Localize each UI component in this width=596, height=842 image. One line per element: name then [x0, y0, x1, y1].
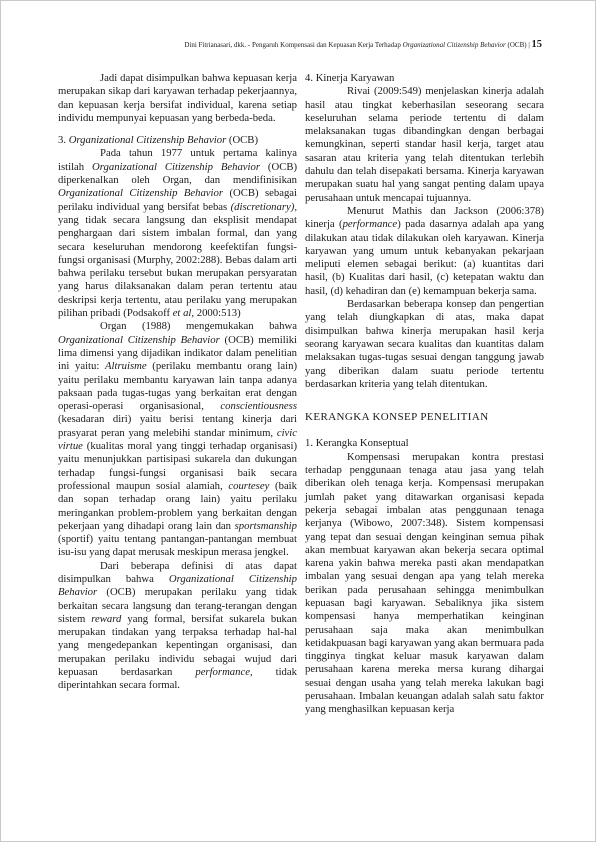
- paragraph-kinerja-rivai: Rivai (2009:549) menjelaskan kinerja ada…: [305, 85, 544, 205]
- journal-page: Dini Fitrianasari, dkk. - Pengaruh Kompe…: [0, 0, 596, 842]
- paragraph-kepuasan-conclusion: Jadi dapat disimpulkan bahwa kepuasan ke…: [58, 72, 297, 125]
- two-column-body: Jadi dapat disimpulkan bahwa kepuasan ke…: [58, 72, 544, 717]
- paragraph-ocb-definition: Pada tahun 1977 untuk pertama kalinya is…: [58, 147, 297, 320]
- paragraph-kinerja-mathis-jackson: Menurut Mathis dan Jackson (2006:378) ki…: [305, 205, 544, 298]
- running-head: Dini Fitrianasari, dkk. - Pengaruh Kompe…: [58, 39, 542, 51]
- paragraph-kinerja-summary: Berdasarkan beberapa konsep dan pengerti…: [305, 298, 544, 391]
- right-column: 4. Kinerja Karyawan Rivai (2009:549) men…: [305, 72, 544, 717]
- heading-ocb-section: 3. Organizational Citizenship Behavior (…: [58, 134, 297, 147]
- heading-kerangka-konseptual: 1. Kerangka Konseptual: [305, 437, 544, 450]
- heading-kerangka-konsep-penelitian: KERANGKA KONSEP PENELITIAN: [305, 411, 544, 424]
- paragraph-kompensasi: Kompensasi merupakan kontra prestasi ter…: [305, 451, 544, 717]
- paragraph-ocb-summary: Dari beberapa definisi di atas dapat dis…: [58, 560, 297, 693]
- left-column: Jadi dapat disimpulkan bahwa kepuasan ke…: [58, 72, 297, 717]
- heading-kinerja-karyawan: 4. Kinerja Karyawan: [305, 72, 544, 85]
- paragraph-ocb-dimensions: Organ (1988) mengemukakan bahwa Organiza…: [58, 320, 297, 559]
